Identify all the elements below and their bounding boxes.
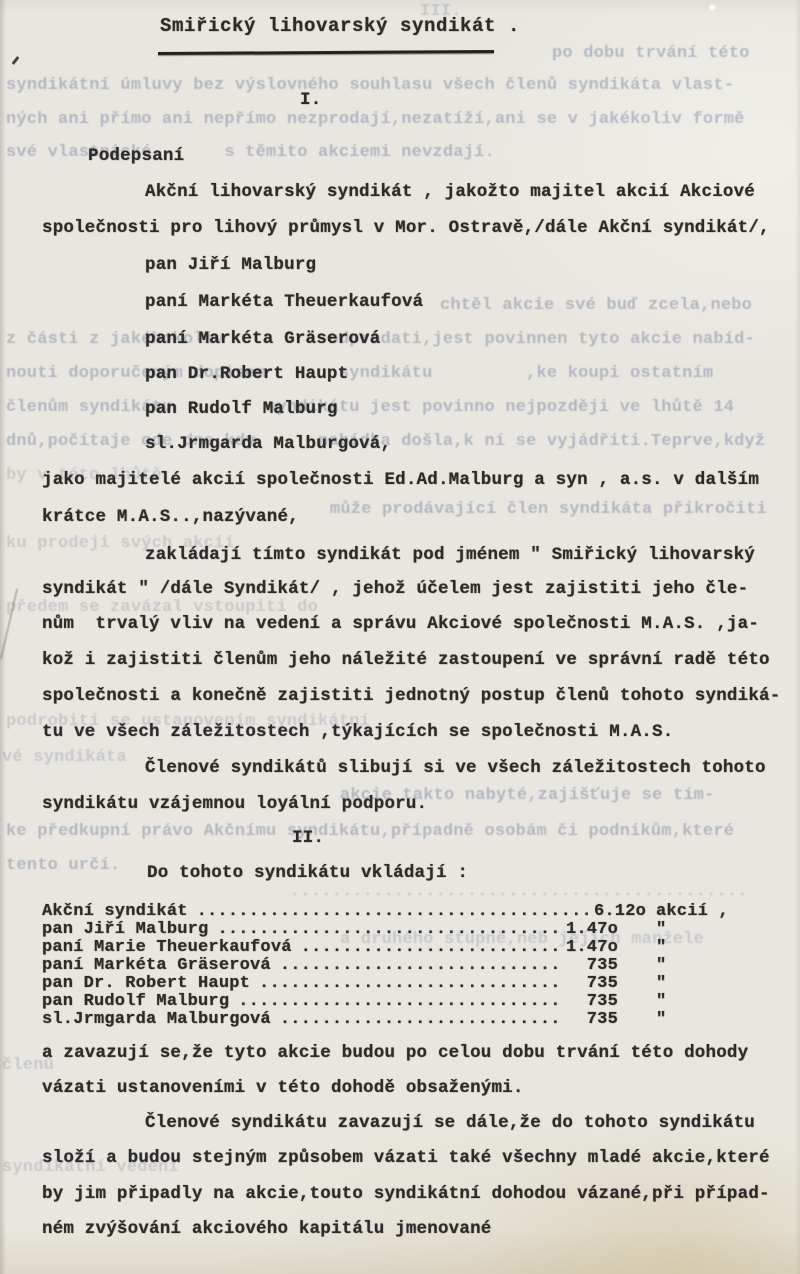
- paper-speck: [710, 5, 715, 10]
- document-line: Podepsaní: [88, 146, 184, 166]
- bleedthrough-line: ných ani přímo ani nepřímo nezprodají,ne…: [6, 110, 745, 129]
- table-cell-shares: 735: [560, 1011, 618, 1029]
- document-line: ném zvýšování akciového kapitálu jmenova…: [42, 1219, 491, 1239]
- table-cell-shares: 1.47o: [560, 921, 618, 939]
- table-cell-shares: 735: [560, 993, 618, 1011]
- table-row: pan Jiří Malburg1.47o": [42, 921, 744, 939]
- ink-speck: [12, 56, 20, 65]
- document-line: Do tohoto syndikátu vkládají :: [147, 863, 468, 883]
- bleedthrough-line: po dobu trvání této: [552, 44, 750, 63]
- bleedthrough-line: může prodávající člen syndikáta přikroči…: [330, 500, 767, 519]
- dotted-leader: [250, 975, 560, 993]
- scanned-document-page: III. po dobu trvání této syndikátní úmlu…: [0, 0, 800, 1274]
- table-cell-shares: 6.12o: [588, 903, 646, 921]
- bleedthrough-line: tento určí.: [6, 856, 120, 875]
- dotted-leader: [188, 903, 588, 921]
- table-row: pan Rudolf Malburg735": [42, 993, 744, 1011]
- document-line: Akční lihovarský syndikát , jakožto maji…: [145, 182, 755, 202]
- table-cell-unit: ": [618, 1011, 744, 1029]
- signatory-line: sl.Jrmgarda Malburgová,: [145, 434, 391, 454]
- dotted-leader: [229, 993, 560, 1011]
- dotted-leader: [292, 939, 560, 957]
- table-row: paní Markéta Gräserová735": [42, 957, 744, 975]
- bleedthrough-line: chtěl akcie své buď zcela,nebo: [440, 296, 752, 315]
- table-cell-unit: ": [618, 939, 744, 957]
- signatory-line: pan Rudolf Malburg: [145, 399, 338, 419]
- table-cell-name: Akční syndikát: [42, 903, 188, 921]
- table-cell-shares: 735: [560, 975, 618, 993]
- table-cell-unit: ": [618, 957, 744, 975]
- table-cell-shares: 735: [560, 957, 618, 975]
- document-line: Členové syndikátu zavazují se dále,že do…: [145, 1113, 755, 1133]
- document-line: a zavazují se,že tyto akcie budou po cel…: [42, 1043, 748, 1063]
- table-cell-unit: ": [618, 993, 744, 1011]
- document-line: společnosti pro lihový průmysl v Mor. Os…: [42, 218, 770, 238]
- signatory-line: pan Jiří Malburg: [145, 255, 316, 275]
- dotted-leader: [271, 957, 560, 975]
- document-line: syndikát " /dále Syndikát/ , jehož účele…: [42, 579, 748, 599]
- document-line: vázati ustanoveními v této dohodě obsaže…: [42, 1078, 524, 1098]
- document-line: tu ve všech záležitostech ,týkajících se…: [42, 722, 673, 742]
- bleedthrough-line: syndikátní úmluvy bez výslovného souhlas…: [6, 76, 734, 95]
- table-row: sl.Jrmgarda Malburgová735": [42, 1011, 744, 1029]
- table-row: pan Dr. Robert Haupt735": [42, 975, 744, 993]
- bleedthrough-line: členům syndikátu syndikátu jest povinno …: [6, 398, 734, 417]
- section-numeral-1: I.: [300, 90, 321, 110]
- signatory-line: pan Dr.Robert Haupt: [145, 364, 348, 384]
- signatory-line: paní Markéta Theuerkaufová: [145, 292, 423, 312]
- table-cell-name: paní Markéta Gräserová: [42, 957, 271, 975]
- table-cell-name: paní Marie Theuerkaufová: [42, 939, 292, 957]
- signatory-line: paní Markéta Gräserová: [145, 329, 380, 349]
- bleedthrough-line: ........................................…: [290, 882, 748, 901]
- bleedthrough-line: své vlastnické s těmito akciemi nevzdají…: [6, 143, 495, 162]
- document-line: složí a budou stejným způsobem vázati ta…: [42, 1148, 770, 1168]
- table-cell-unit: ": [618, 921, 744, 939]
- bleedthrough-line: vé syndikáta: [2, 748, 127, 767]
- section-numeral-2: II.: [292, 828, 324, 848]
- title-underline: [158, 50, 494, 55]
- table-cell-unit: akcií ,: [646, 903, 744, 921]
- table-row: paní Marie Theuerkaufová1.47o": [42, 939, 744, 957]
- document-line: Členové syndikátů slibují si ve všech zá…: [145, 758, 766, 778]
- document-line: kož i zajistiti členům jeho náležité zas…: [42, 650, 770, 670]
- document-title: Smiřický lihovarský syndikát .: [160, 16, 520, 36]
- document-line: jako majitelé akcií společnosti Ed.Ad.Ma…: [42, 470, 759, 490]
- table-cell-name: sl.Jrmgarda Malburgová: [42, 1011, 271, 1029]
- table-row: Akční syndikát6.12oakcií ,: [42, 903, 744, 921]
- document-line: společnosti a konečně zajistiti jednotný…: [42, 686, 780, 706]
- bleedthrough-line: nouti doporučeným dopisem syndikátu ,ke …: [6, 364, 713, 383]
- document-line: by jim připadly na akcie,touto syndikátn…: [42, 1184, 770, 1204]
- document-line: syndikátu vzájemnou loyální podporu.: [42, 794, 427, 814]
- table-cell-shares: 1.47o: [560, 939, 618, 957]
- dotted-leader: [271, 1011, 560, 1029]
- document-line: nům trvalý vliv na vedení a správu Akcio…: [42, 614, 759, 634]
- document-line: zakládají tímto syndikát pod jménem " Sm…: [145, 545, 755, 565]
- bleedthrough-line: ke předkupní právo Akčnímu syndikátu,pří…: [6, 822, 734, 841]
- table-cell-unit: ": [618, 975, 744, 993]
- document-line: krátce M.A.S..,nazývané,: [42, 507, 299, 527]
- dotted-leader: [208, 921, 560, 939]
- table-cell-name: pan Jiří Malburg: [42, 921, 208, 939]
- table-cell-name: pan Rudolf Malburg: [42, 993, 229, 1011]
- table-cell-name: pan Dr. Robert Haupt: [42, 975, 250, 993]
- bleedthrough-line: z části z jakéhokoliv odprodati,jest pov…: [6, 330, 755, 349]
